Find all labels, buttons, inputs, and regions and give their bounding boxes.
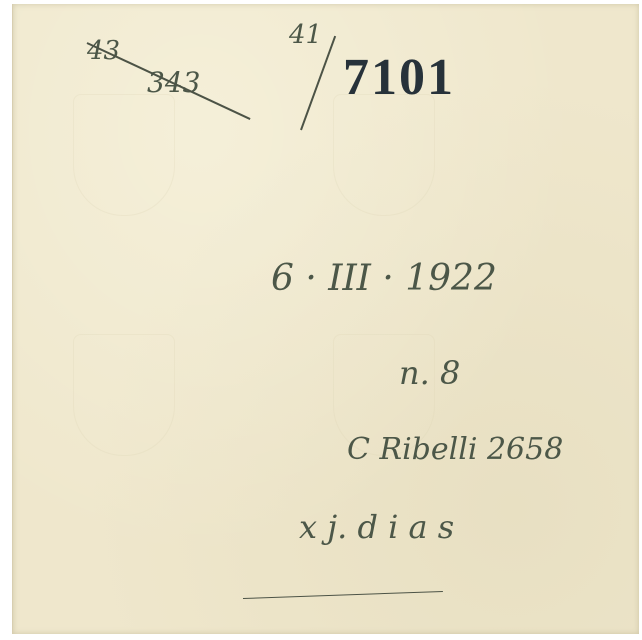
date-line: 6 · III · 1922: [271, 258, 497, 299]
notation-line: x j. d i a s: [299, 508, 454, 546]
watermark-shield: [73, 334, 175, 456]
stamped-number: 7101: [343, 48, 455, 107]
handwritten-prefix: 41: [289, 20, 322, 50]
underline: [243, 591, 443, 599]
watermark-shield: [333, 94, 435, 216]
name-line: C Ribelli 2658: [347, 432, 563, 467]
number-line: n. 8: [399, 354, 460, 392]
document-card: 43 343 41 7101 6 · III · 1922 n. 8 C Rib…: [12, 4, 639, 634]
watermark-shield: [73, 94, 175, 216]
